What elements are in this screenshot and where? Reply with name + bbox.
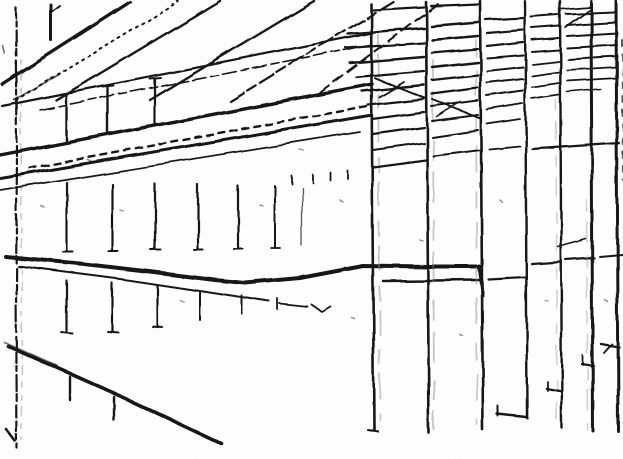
- paper-grain: [0, 0, 623, 459]
- empty-shelving-photo: [0, 0, 623, 459]
- shelving-svg: [0, 0, 623, 459]
- scanned-page: [0, 0, 623, 459]
